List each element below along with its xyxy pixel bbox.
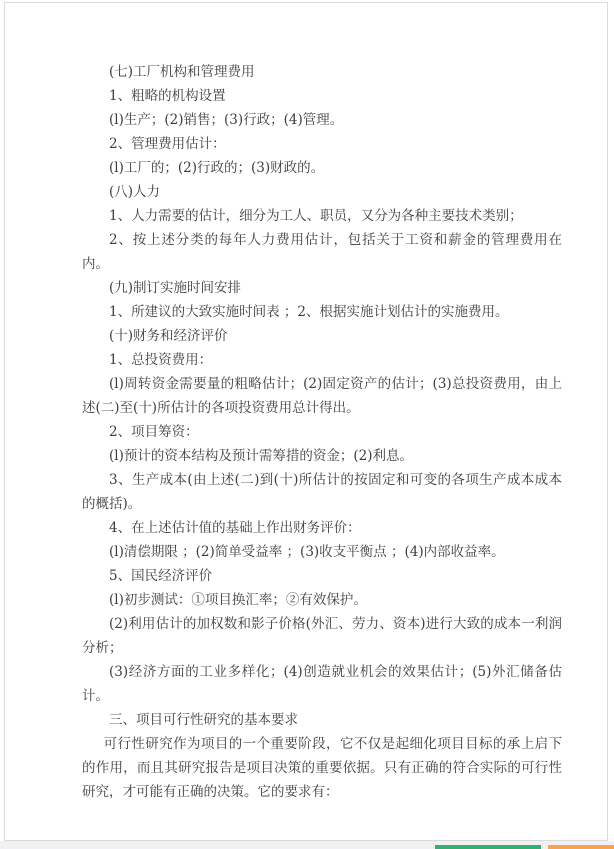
- document-paragraph: (九)制订实施时间安排: [82, 276, 562, 300]
- document-paragraph: 4、在上述估计值的基础上作出财务评价：: [82, 516, 562, 540]
- document-paragraph: 1、粗略的机构设置: [82, 84, 562, 108]
- document-paragraph: (l)清偿期限 ；(2)简单受益率 ；(3)收支平衡点 ；(4)内部收益率。: [82, 540, 562, 564]
- document-paragraph: 5、国民经济评价: [82, 564, 562, 588]
- document-paragraph: (3)经济方面的工业多样化；(4)创造就业机会的效果估计；(5)外汇储备估计。: [82, 660, 562, 708]
- document-paragraph: 1、人力需要的估计，细分为工人、职员，又分为各种主要技术类别；: [82, 204, 562, 228]
- document-paragraph: (l)初步测试：①项目换汇率；②有效保护。: [82, 588, 562, 612]
- document-paragraph: (l)预计的资本结构及预计需筹措的资金；(2)利息。: [82, 444, 562, 468]
- document-paragraph: 1、总投资费用：: [82, 348, 562, 372]
- document-paragraph: (2)利用估计的加权数和影子价格(外汇、劳力、资本)进行大致的成本一利润分析；: [82, 612, 562, 660]
- document-paragraph: (七)工厂机构和管理费用: [82, 60, 562, 84]
- document-paragraph: 2、项目筹资：: [82, 420, 562, 444]
- document-paragraph: (l)工厂的；(2)行政的；(3)财政的。: [82, 156, 562, 180]
- document-paragraph: (十)财务和经济评价: [82, 324, 562, 348]
- document-paragraph: (八)人力: [82, 180, 562, 204]
- document-paragraph: 3、生产成本(由上述(二)到(十)所估计的按固定和可变的各项生产成本成本的概括)…: [82, 468, 562, 516]
- viewport: (七)工厂机构和管理费用 1、粗略的机构设置 (l)生产；(2)销售；(3)行政…: [0, 0, 614, 849]
- document-paragraph: 2、按上述分类的每年人力费用估计，包括关于工资和薪金的管理费用在内。: [82, 228, 562, 276]
- document-body: (七)工厂机构和管理费用 1、粗略的机构设置 (l)生产；(2)销售；(3)行政…: [5, 3, 607, 804]
- bottom-bar-orange: [548, 845, 614, 849]
- bottom-bar-green: [435, 845, 541, 849]
- document-paragraph: (l)周转资金需要量的粗略估计；(2)固定资产的估计；(3)总投资费用，由上述(…: [82, 372, 562, 420]
- bottom-strip: [0, 841, 614, 849]
- document-paragraph: 三、项目可行性研究的基本要求: [82, 708, 562, 732]
- document-paragraph: 1、所建议的大致实施时间表 ；2、根据实施计划估计的实施费用。: [82, 300, 562, 324]
- document-paragraph: (l)生产；(2)销售；(3)行政；(4)管理。: [82, 108, 562, 132]
- document-paragraph: 可行性研究作为项目的一个重要阶段，它不仅是起细化项目目标的承上启下的作用，而且其…: [82, 732, 562, 804]
- document-page: (七)工厂机构和管理费用 1、粗略的机构设置 (l)生产；(2)销售；(3)行政…: [4, 2, 608, 841]
- document-paragraph: 2、管理费用估计：: [82, 132, 562, 156]
